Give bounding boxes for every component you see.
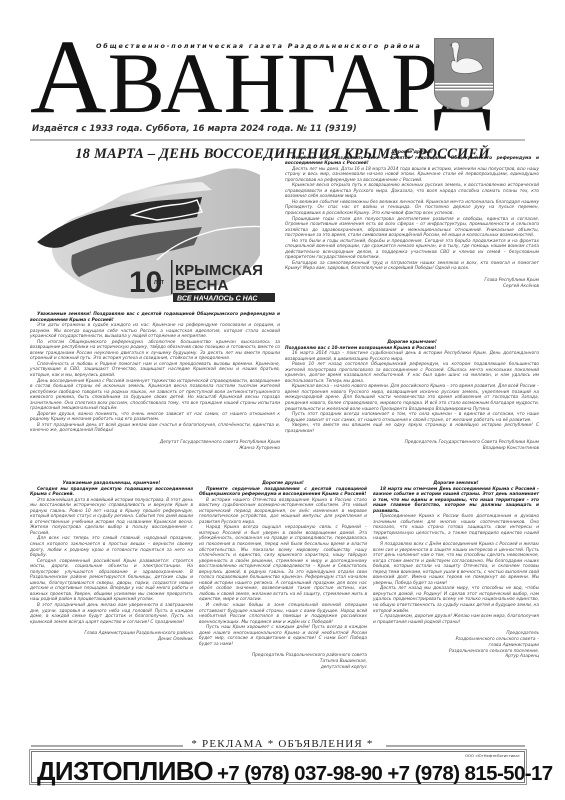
article-signature: Депутат Государственного совета Республи… bbox=[30, 440, 280, 452]
article-signature: Глава Администрации Раздольненского райо… bbox=[30, 631, 193, 643]
article-paragraph: Присоединение Крыма к России было долгож… bbox=[373, 514, 539, 542]
article-paragraph: Уверен, что вместе мы впишем ещё не одну… bbox=[285, 423, 539, 434]
article-vyshinskaya: Дорогие друзья! Примите сердечные поздра… bbox=[199, 481, 367, 671]
signature-name: Артур Азаренц bbox=[373, 654, 539, 660]
fuel-advertisement: ООО «ЮгНефтеЛогистика» ДИЗТОПЛИВО+7 (978… bbox=[31, 751, 525, 783]
article-paragraph: Пусть этот праздник всегда напоминает о … bbox=[285, 412, 539, 423]
article-paragraph: Десять лет мы дома. Даты 16 и 18 марта 2… bbox=[285, 167, 539, 184]
article-konstantinov: Дорогие крымчане! Поздравляю вас с 10-ле… bbox=[285, 340, 539, 452]
article-paragraph: Прошедшие годы стали для полуострова дес… bbox=[285, 217, 539, 239]
article-paragraph: Это важнейшая дата в новейшей истории по… bbox=[30, 498, 193, 537]
article-signature: Председатель Раздольненского районного с… bbox=[199, 653, 367, 670]
crest-emblem bbox=[461, 97, 469, 107]
logo-tagline: ВСЕ НАЧАЛОСЬ С НАС bbox=[177, 296, 258, 303]
article-azarenko: Дорогие земляки! 18 марта мы отмечаем Де… bbox=[373, 481, 539, 660]
article-paragraph: Сплочённость и любовь к Родине помогают … bbox=[30, 362, 280, 379]
swan-icon bbox=[435, 39, 494, 83]
article-paragraph: Дорогие друзья, важно понимать, что очен… bbox=[30, 412, 280, 423]
ad-phones: +7 (978) 037-98-90 +7 (978) 815-50-17 bbox=[217, 762, 553, 785]
signature-name: Жанна Хуторенко bbox=[30, 446, 280, 452]
article-lead: Примите сердечные поздравления с десятой… bbox=[199, 487, 367, 498]
article-paragraph: Десять лет назад мы доказали миру, что с… bbox=[373, 586, 539, 614]
signature-name: Сергей Аксёнов bbox=[285, 284, 539, 290]
article-paragraph: Сегодня современный российский Крым разв… bbox=[30, 559, 193, 603]
article-lead: 18 марта мы отмечаем День воссоединения … bbox=[373, 487, 539, 515]
article-paragraph: Я поздравляю всех с Днём воссоединения К… bbox=[373, 542, 539, 586]
article-paragraph: Эти даты отражены в судьбе каждого из на… bbox=[30, 323, 280, 340]
article-paragraph: Ровно 10 лет назад состоялся Общекрымски… bbox=[285, 362, 539, 384]
article-signature: Председатель Раздольненского сельского с… bbox=[373, 631, 539, 660]
ad-main-line: ДИЗТОПЛИВО+7 (978) 037-98-90 +7 (978) 81… bbox=[37, 756, 553, 787]
article-paragraph: И сейчас наши бойцы в зоне специальной в… bbox=[199, 603, 367, 625]
article-greeting: Уважаемые земляки! bbox=[37, 312, 91, 317]
swan-crest-icon bbox=[434, 38, 494, 110]
ad-product: ДИЗТОПЛИВО bbox=[37, 756, 213, 786]
article-lead: Сегодня мы празднуем десятую годовщину в… bbox=[30, 487, 193, 498]
crimean-spring-banner: 10 ЛЕТ КРЫМСКАЯ ВЕСНА ВСЕ НАЧАЛОСЬ С НАС bbox=[32, 160, 280, 310]
signature-name: Владимир Константинов bbox=[285, 446, 539, 452]
masthead-divider bbox=[30, 139, 525, 141]
newspaper-title: АВАНГАРД bbox=[30, 34, 493, 126]
article-paragraph: Пусть наш Крым хорошеет с каждым днём! П… bbox=[199, 625, 367, 647]
ads-divider-right bbox=[386, 745, 525, 747]
article-signature: Глава Республики Крым Сергей Аксёнов bbox=[285, 278, 539, 290]
edition-line: Издаётся с 1933 года. Суббота, 16 марта … bbox=[32, 124, 357, 134]
article-paragraph: В истории нашего Отечества возвращение К… bbox=[199, 498, 367, 526]
ads-section-label: * РЕКЛАМА * ОБЪЯВЛЕНИЯ * bbox=[0, 738, 565, 750]
article-paragraph: Но это были и годы испытаний, борьбы и п… bbox=[285, 239, 539, 261]
article-paragraph: Для всех нас теперь это самый главный, н… bbox=[30, 536, 193, 558]
article-paragraph: Крымская весна – начало нового времени. … bbox=[285, 384, 539, 412]
signature-name: Денис Олейник bbox=[30, 637, 193, 643]
article-lead: Уважаемые земляки! Поздравляю вас с деся… bbox=[30, 312, 280, 323]
russia-map-illustration: 10 ЛЕТ КРЫМСКАЯ ВЕСНА ВСЕ НАЧАЛОСЬ С НАС bbox=[32, 160, 280, 310]
article-paragraph: Но великие события невозможны без велики… bbox=[285, 200, 539, 217]
logo-line2: ВЕСНА bbox=[175, 277, 229, 294]
article-aksenov: Дорогие друзья! Искренне рад поздравить … bbox=[285, 150, 539, 290]
article-lead: Искренне рад поздравить всех с десятой г… bbox=[285, 156, 539, 167]
article-oleynik: Уважаемые раздольненцы, крымчане! Сегодн… bbox=[30, 481, 193, 643]
masthead: Общественно-политическая газета Раздольн… bbox=[30, 30, 540, 140]
article-paragraph: Благодарю за самоотверженный труд и патр… bbox=[285, 261, 539, 272]
article-hutorenko: Уважаемые земляки! Поздравляю вас с деся… bbox=[30, 312, 280, 452]
article-paragraph: С праздником, дорогие друзья! Желаю нам … bbox=[373, 614, 539, 625]
article-paragraph: Народ Крыма всегда ощущал неразрывную св… bbox=[199, 525, 367, 603]
logo-years: ЛЕТ bbox=[154, 280, 164, 286]
title-first-letter: А bbox=[30, 18, 108, 135]
article-paragraph: По итогам Общекрымского референдума абсо… bbox=[30, 340, 280, 362]
article-paragraph: 16 марта 2014 года – поистине судьбоносн… bbox=[285, 351, 539, 362]
signature-role: депутатский корпус bbox=[199, 665, 367, 671]
article-paragraph: В этот праздничный день желаю вам уверен… bbox=[30, 603, 193, 625]
article-signature: Председатель Государственного Совета Рес… bbox=[285, 440, 539, 452]
article-paragraph: День воссоединения Крыма с Россией знаме… bbox=[30, 379, 280, 412]
article-paragraph: Крымская весна открыла путь к возвращени… bbox=[285, 183, 539, 200]
crest-waves bbox=[435, 83, 493, 91]
article-paragraph: В этот праздничный день от всей души жел… bbox=[30, 423, 280, 434]
